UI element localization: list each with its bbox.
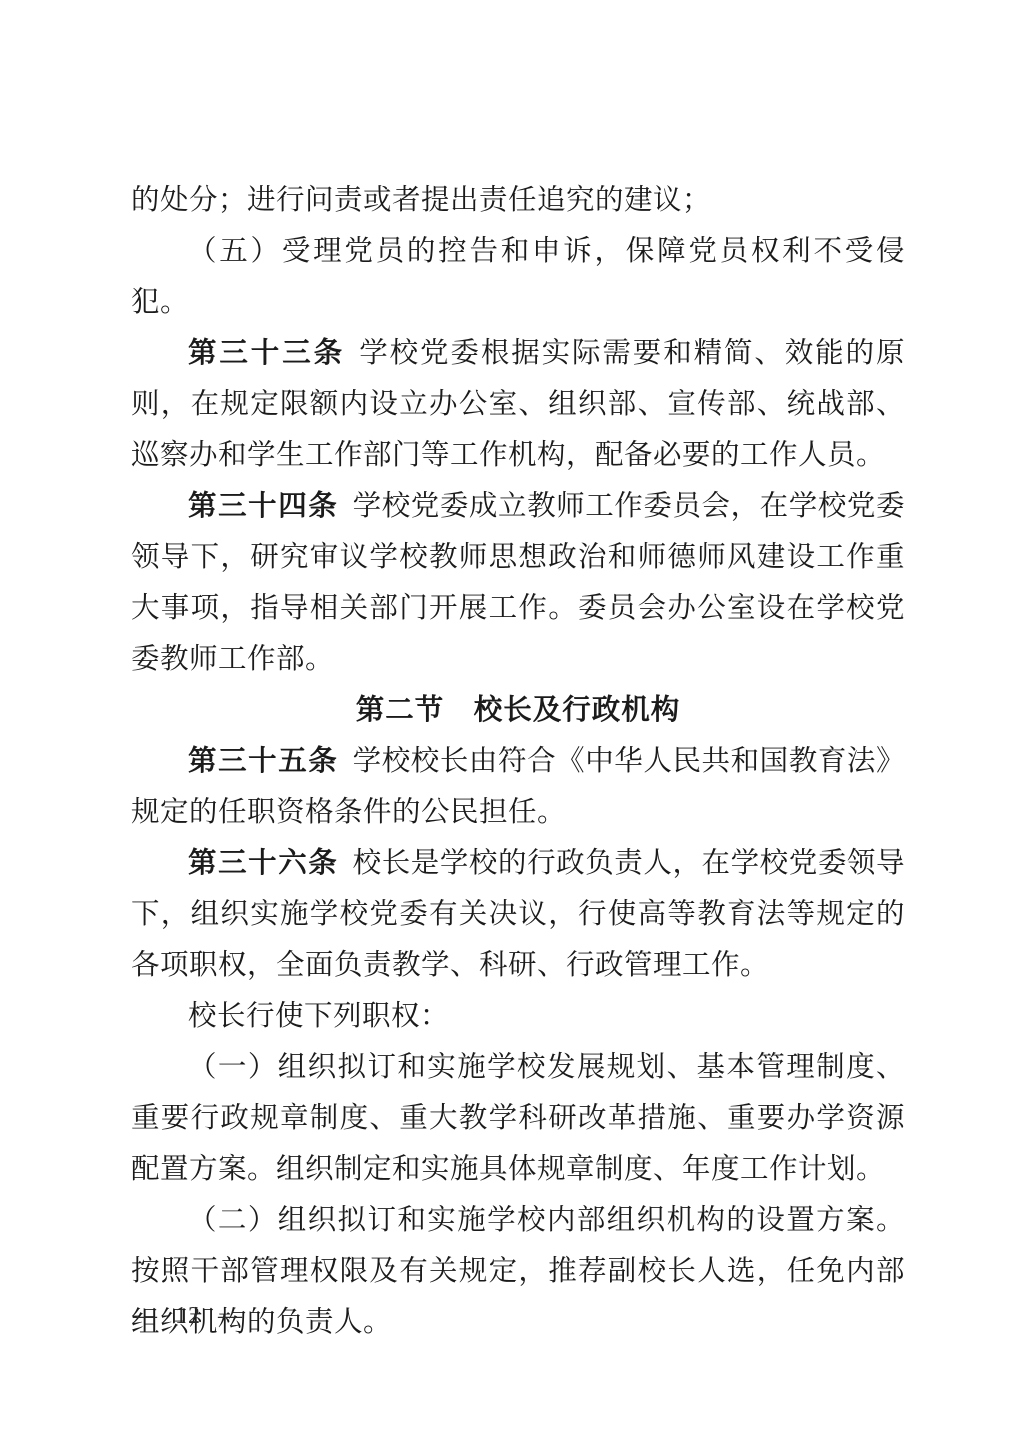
page-number: — 12 — (133, 1303, 243, 1330)
article-35-number: 第三十五条 (188, 746, 338, 777)
article-35: 第三十五条学校校长由符合《中华人民共和国教育法》规定的任职资格条件的公民担任。 (131, 736, 905, 838)
article-34-number: 第三十四条 (188, 491, 338, 522)
article-36-number: 第三十六条 (188, 848, 338, 879)
paragraph-powers-intro: 校长行使下列职权： (131, 991, 905, 1042)
article-33-number: 第三十三条 (188, 338, 345, 369)
page-content: 的处分；进行问责或者提出责任追究的建议； （五）受理党员的控告和申诉，保障党员权… (131, 175, 905, 1348)
article-36: 第三十六条校长是学校的行政负责人，在学校党委领导下，组织实施学校党委有关决议，行… (131, 838, 905, 991)
paragraph-continuation: 的处分；进行问责或者提出责任追究的建议； (131, 175, 905, 226)
paragraph-item-5: （五）受理党员的控告和申诉，保障党员权利不受侵犯。 (131, 226, 905, 328)
paragraph-item-2: （二）组织拟订和实施学校内部组织机构的设置方案。按照干部管理权限及有关规定，推荐… (131, 1195, 905, 1348)
section-heading: 第二节 校长及行政机构 (131, 685, 905, 736)
document-page: 的处分；进行问责或者提出责任追究的建议； （五）受理党员的控告和申诉，保障党员权… (0, 0, 1024, 1448)
article-33: 第三十三条学校党委根据实际需要和精简、效能的原则，在规定限额内设立办公室、组织部… (131, 328, 905, 481)
article-34: 第三十四条学校党委成立教师工作委员会，在学校党委领导下，研究审议学校教师思想政治… (131, 481, 905, 685)
paragraph-item-1: （一）组织拟订和实施学校发展规划、基本管理制度、重要行政规章制度、重大教学科研改… (131, 1042, 905, 1195)
